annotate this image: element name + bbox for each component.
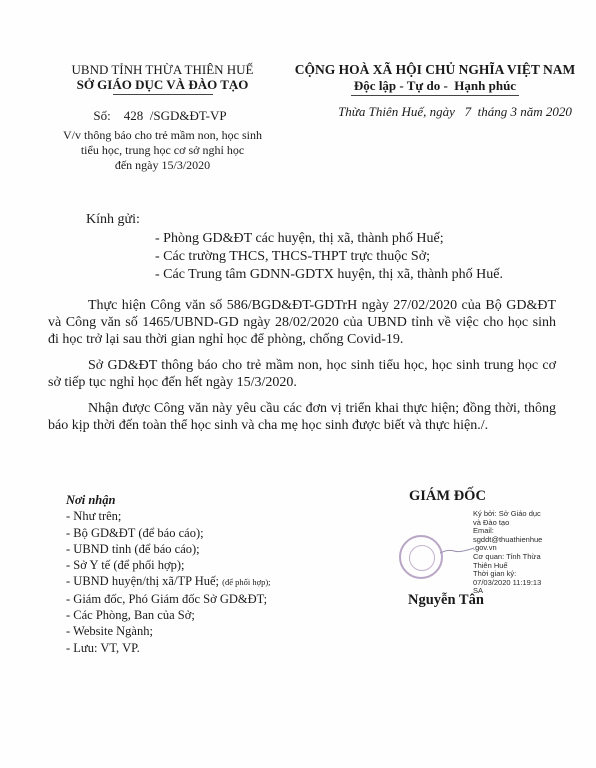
signature-stroke-icon — [440, 545, 474, 555]
signer-title: GIÁM ĐỐC — [409, 488, 486, 505]
issuer-province: UBND TỈNH THỪA THIÊN HUẾ — [55, 62, 270, 77]
dateline: Thừa Thiên Huế, ngày 7 tháng 3 năm 2020 — [320, 104, 590, 120]
signature-info-line: SA — [473, 587, 583, 596]
distribution-item: - Website Ngành; — [66, 623, 271, 639]
national-motto: Độc lập - Tự do - Hạnh phúc — [280, 78, 590, 93]
distribution-item: - UBND huyện/thị xã/TP Huế; (để phối hợp… — [66, 573, 271, 590]
addressee-list: - Phòng GD&ĐT các huyện, thị xã, thành p… — [155, 230, 503, 284]
motto-underline — [351, 95, 519, 96]
subject-line: đến ngày 15/3/2020 — [55, 158, 270, 173]
distribution-item: - Giám đốc, Phó Giám đốc Sở GD&ĐT; — [66, 591, 271, 607]
national-header: CỘNG HOÀ XÃ HỘI CHỦ NGHĨA VIỆT NAM Độc l… — [280, 62, 590, 96]
document-number: Số: 428 /SGD&ĐT-VP — [60, 108, 260, 124]
signature-info-line: 07/03/2020 11:19:13 — [473, 579, 583, 588]
distribution-item: - Sở Y tế (để phối hợp); — [66, 557, 271, 573]
addressee-item: - Các trường THCS, THCS-THPT trực thuộc … — [155, 248, 503, 266]
subject-line: tiểu học, trung học cơ sở nghỉ học — [55, 143, 270, 158]
addressee-item: - Phòng GD&ĐT các huyện, thị xã, thành p… — [155, 230, 503, 248]
document-subject: V/v thông báo cho trẻ mầm non, học sinh … — [55, 128, 270, 173]
addressee-item: - Các Trung tâm GDNN-GDTX huyện, thị xã,… — [155, 266, 503, 284]
subject-line: V/v thông báo cho trẻ mầm non, học sinh — [55, 128, 270, 143]
distribution-list: Nơi nhận - Như trên; - Bộ GD&ĐT (để báo … — [66, 492, 271, 656]
body-paragraph: Sở GD&ĐT thông báo cho trẻ mầm non, học … — [48, 357, 556, 391]
body-paragraph: Thực hiện Công văn số 586/BGD&ĐT-GDTrH n… — [48, 297, 556, 348]
issuer-department: SỞ GIÁO DỤC VÀ ĐÀO TẠO — [55, 77, 270, 92]
document-body: Thực hiện Công văn số 586/BGD&ĐT-GDTrH n… — [48, 297, 556, 443]
digital-signature-info: Ký bởi: Sở Giáo dục và Đào tạo Email: sg… — [473, 510, 583, 596]
national-title: CỘNG HOÀ XÃ HỘI CHỦ NGHĨA VIỆT NAM — [280, 62, 590, 78]
signer-name: Nguyễn Tân — [408, 592, 484, 609]
issuing-authority: UBND TỈNH THỪA THIÊN HUẾ SỞ GIÁO DỤC VÀ … — [55, 62, 270, 95]
distribution-title: Nơi nhận — [66, 492, 271, 508]
distribution-item-note: (để phối hợp); — [222, 577, 270, 587]
distribution-item: - UBND tỉnh (để báo cáo); — [66, 541, 271, 557]
issuer-underline — [113, 94, 213, 95]
distribution-item-text: - UBND huyện/thị xã/TP Huế; — [66, 574, 219, 588]
distribution-item: - Như trên; — [66, 508, 271, 524]
official-seal-icon — [399, 535, 443, 579]
addressee-label: Kính gửi: — [86, 212, 140, 228]
distribution-item: - Các Phòng, Ban của Sở; — [66, 607, 271, 623]
body-paragraph: Nhận được Công văn này yêu cầu các đơn v… — [48, 400, 556, 434]
distribution-item: - Bộ GD&ĐT (để báo cáo); — [66, 525, 271, 541]
distribution-item: - Lưu: VT, VP. — [66, 640, 271, 656]
